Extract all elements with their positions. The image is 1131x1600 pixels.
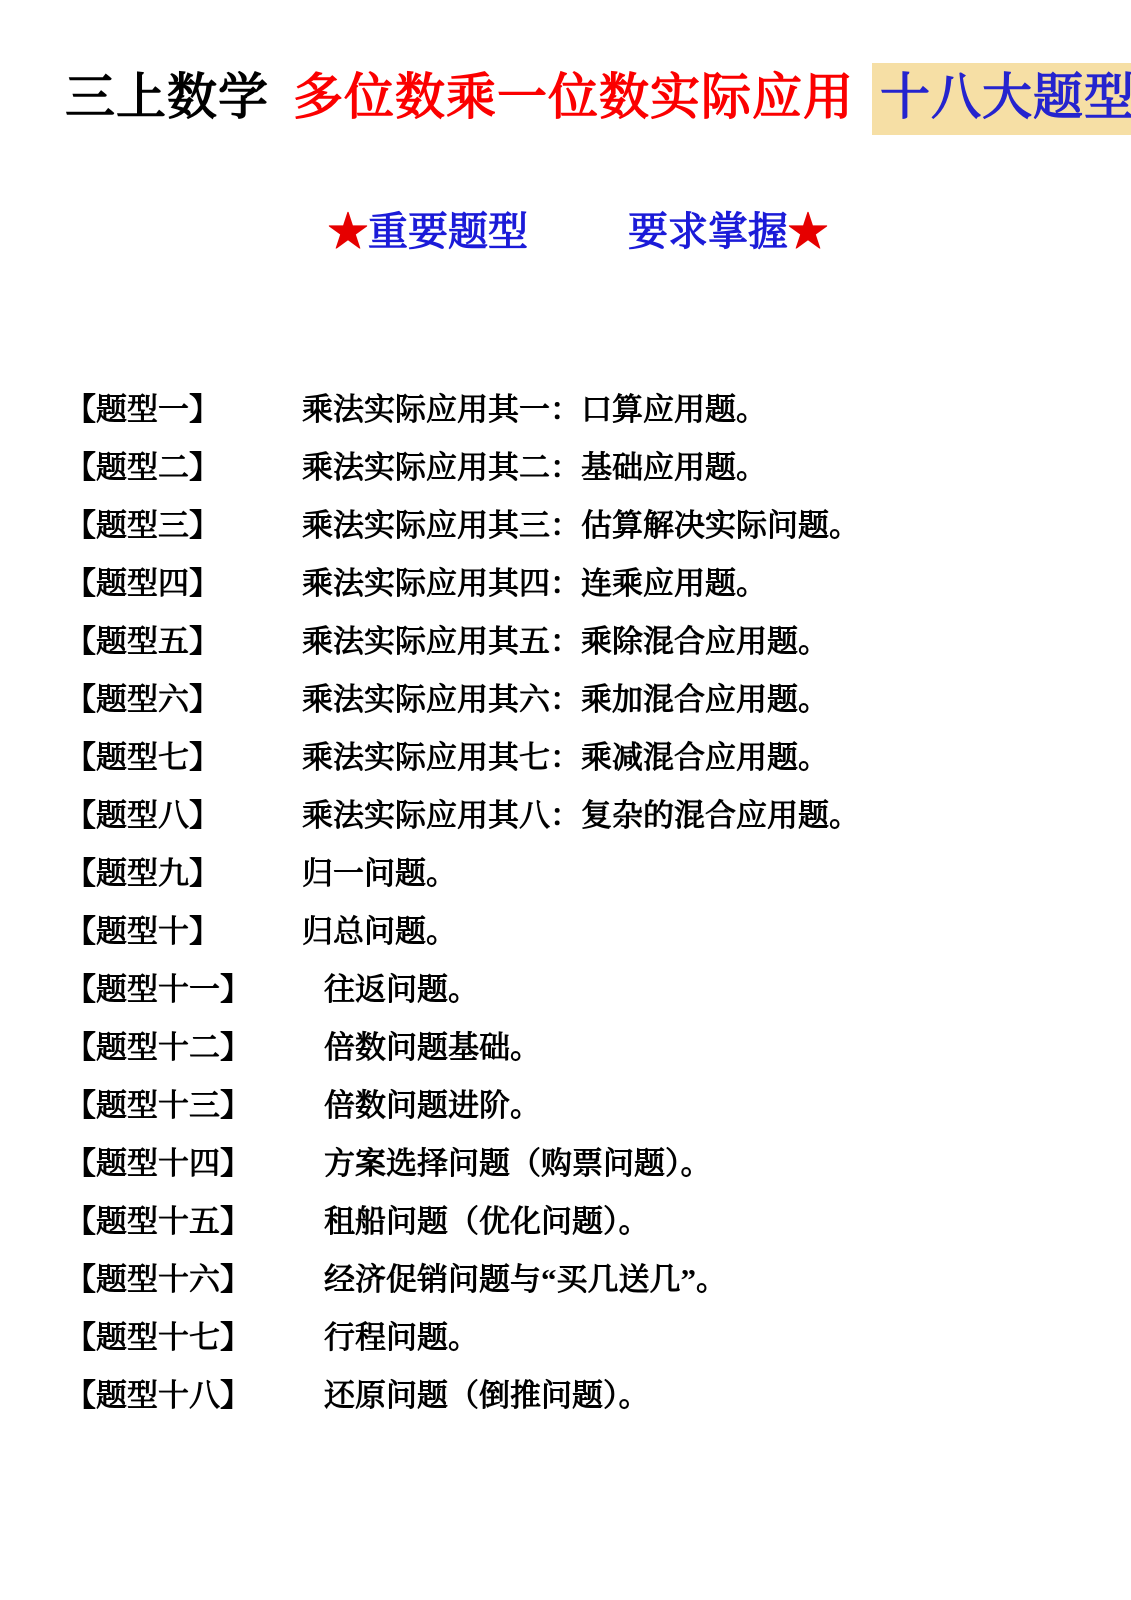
list-item: 【题型二】乘法实际应用其二：基础应用题。 (65, 452, 1091, 484)
item-description: 归总问题。 (302, 916, 457, 948)
item-description: 往返问题。 (302, 974, 479, 1006)
item-label: 【题型十六】 (65, 1264, 302, 1296)
title-highlighted-text: 十八大题型 (872, 63, 1131, 135)
item-label: 【题型九】 (65, 858, 302, 890)
item-description: 乘法实际应用其三：估算解决实际问题。 (302, 510, 860, 542)
list-item: 【题型九】归一问题。 (65, 858, 1091, 890)
list-item: 【题型十一】往返问题。 (65, 974, 1091, 1006)
subtitle-left-text: 重要题型 (368, 209, 528, 254)
item-description: 乘法实际应用其七：乘减混合应用题。 (302, 742, 829, 774)
list-item: 【题型十八】还原问题（倒推问题）。 (65, 1380, 1091, 1412)
item-description: 归一问题。 (302, 858, 457, 890)
item-label: 【题型三】 (65, 510, 302, 542)
list-item: 【题型八】乘法实际应用其八：复杂的混合应用题。 (65, 800, 1091, 832)
star-icon: ★ (328, 209, 368, 254)
item-description: 还原问题（倒推问题）。 (302, 1380, 650, 1412)
item-description: 乘法实际应用其六：乘加混合应用题。 (302, 684, 829, 716)
item-description: 乘法实际应用其四：连乘应用题。 (302, 568, 767, 600)
subtitle-right-text: 要求掌握 (628, 209, 788, 254)
list-item: 【题型十六】经济促销问题与“买几送几”。 (65, 1264, 1091, 1296)
list-item: 【题型七】乘法实际应用其七：乘减混合应用题。 (65, 742, 1091, 774)
item-label: 【题型五】 (65, 626, 302, 658)
item-label: 【题型十五】 (65, 1206, 302, 1238)
list-item: 【题型十二】倍数问题基础。 (65, 1032, 1091, 1064)
item-description: 倍数问题基础。 (302, 1032, 541, 1064)
list-item: 【题型十七】行程问题。 (65, 1322, 1091, 1354)
item-label: 【题型十八】 (65, 1380, 302, 1412)
topic-list: 【题型一】乘法实际应用其一：口算应用题。【题型二】乘法实际应用其二：基础应用题。… (65, 394, 1091, 1412)
item-description: 乘法实际应用其二：基础应用题。 (302, 452, 767, 484)
item-label: 【题型七】 (65, 742, 302, 774)
item-label: 【题型十二】 (65, 1032, 302, 1064)
item-label: 【题型十一】 (65, 974, 302, 1006)
list-item: 【题型十五】租船问题（优化问题）。 (65, 1206, 1091, 1238)
subtitle: ★重要题型要求掌握★ (65, 208, 1091, 256)
list-item: 【题型四】乘法实际应用其四：连乘应用题。 (65, 568, 1091, 600)
item-description: 倍数问题进阶。 (302, 1090, 541, 1122)
page-title: 三上数学多位数乘一位数实际应用十八大题型 (65, 58, 1091, 136)
list-item: 【题型一】乘法实际应用其一：口算应用题。 (65, 394, 1091, 426)
item-description: 经济促销问题与“买几送几”。 (302, 1264, 727, 1296)
item-label: 【题型二】 (65, 452, 302, 484)
list-item: 【题型六】乘法实际应用其六：乘加混合应用题。 (65, 684, 1091, 716)
title-course-text: 三上数学 (65, 69, 269, 125)
list-item: 【题型五】乘法实际应用其五：乘除混合应用题。 (65, 626, 1091, 658)
item-label: 【题型十】 (65, 916, 302, 948)
item-description: 租船问题（优化问题）。 (302, 1206, 650, 1238)
item-description: 行程问题。 (302, 1322, 479, 1354)
item-description: 乘法实际应用其一：口算应用题。 (302, 394, 767, 426)
item-label: 【题型六】 (65, 684, 302, 716)
item-label: 【题型十三】 (65, 1090, 302, 1122)
list-item: 【题型十四】方案选择问题（购票问题）。 (65, 1148, 1091, 1180)
item-description: 方案选择问题（购票问题）。 (302, 1148, 712, 1180)
star-icon: ★ (788, 209, 828, 254)
item-label: 【题型八】 (65, 800, 302, 832)
item-label: 【题型十四】 (65, 1148, 302, 1180)
item-label: 【题型十七】 (65, 1322, 302, 1354)
item-description: 乘法实际应用其八：复杂的混合应用题。 (302, 800, 860, 832)
item-description: 乘法实际应用其五：乘除混合应用题。 (302, 626, 829, 658)
title-topic-text: 多位数乘一位数实际应用 (293, 69, 854, 125)
list-item: 【题型十】归总问题。 (65, 916, 1091, 948)
list-item: 【题型三】乘法实际应用其三：估算解决实际问题。 (65, 510, 1091, 542)
document-page: 三上数学多位数乘一位数实际应用十八大题型 ★重要题型要求掌握★ 【题型一】乘法实… (0, 0, 1131, 1600)
item-label: 【题型四】 (65, 568, 302, 600)
list-item: 【题型十三】倍数问题进阶。 (65, 1090, 1091, 1122)
item-label: 【题型一】 (65, 394, 302, 426)
